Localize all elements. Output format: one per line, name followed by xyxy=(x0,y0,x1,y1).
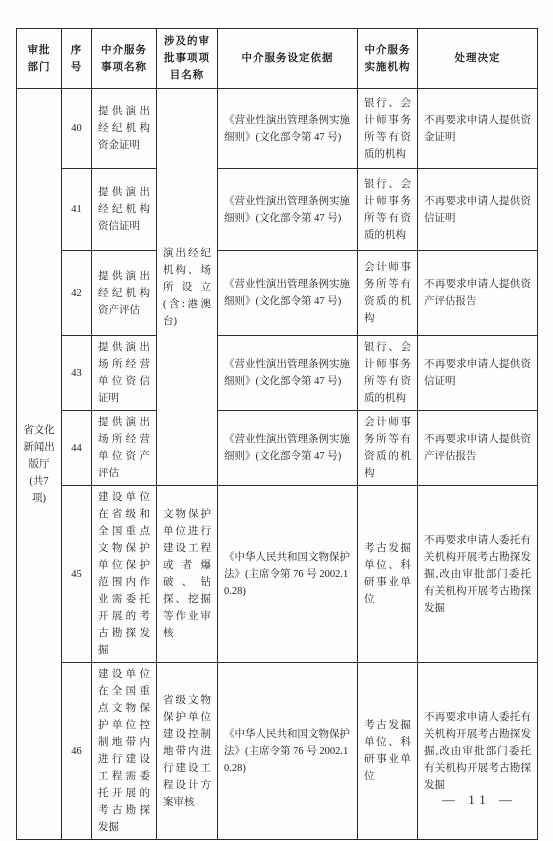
service-cell: 提供演出经纪机构资信证明 xyxy=(92,169,157,251)
service-cell: 提供演出场所经营单位资信证明 xyxy=(92,336,157,411)
service-cell: 提供演出经纪机构资产评估 xyxy=(92,251,157,336)
page-number: — 11 — xyxy=(442,792,517,808)
agency-cell: 银行、会计师事务所等有资质的机构 xyxy=(358,336,418,411)
service-cell: 提供演出经纪机构资金证明 xyxy=(92,89,157,169)
project-cell: 省级文物保护单位建设控制地带内进行建设工程设计方案审核 xyxy=(157,663,218,840)
header-approval-department: 审批部门 xyxy=(17,29,62,89)
header-handling-decision: 处理决定 xyxy=(418,29,538,89)
agency-cell: 考古发掘单位、科研事业单位 xyxy=(358,486,418,663)
service-cell: 提供演出场所经营单位资产评估 xyxy=(92,411,157,486)
service-cell: 建设单位在省级和全国重点文物保护单位保护范围内作业需委托开展的考古勘探发掘 xyxy=(92,486,157,663)
table-row-40: 省文化新闻出版厅(共7项) 40 提供演出经纪机构资金证明 演出经纪机构、场所设… xyxy=(17,89,538,169)
header-setting-basis: 中介服务设定依据 xyxy=(218,29,358,89)
serial-cell: 43 xyxy=(62,336,92,411)
agency-cell: 考古发掘单位、科研事业单位 xyxy=(358,663,418,840)
table-row-45: 45 建设单位在省级和全国重点文物保护单位保护范围内作业需委托开展的考古勘探发掘… xyxy=(17,486,538,663)
basis-cell: 《中华人民共和国文物保护法》(主席令第 76 号 2002.10.28) xyxy=(218,486,358,663)
header-service-item-name: 中介服务事项名称 xyxy=(92,29,157,89)
agency-cell: 会计师事务所等有资质的机构 xyxy=(358,251,418,336)
intermediary-services-table: 审批部门 序号 中介服务事项名称 涉及的审批事项项目名称 中介服务设定依据 中介… xyxy=(16,28,538,840)
document-page: 审批部门 序号 中介服务事项名称 涉及的审批事项项目名称 中介服务设定依据 中介… xyxy=(0,0,553,841)
service-cell: 建设单位在全国重点文物保护单位控制地带内进行建设工程需委托开展的考古勘探发掘 xyxy=(92,663,157,840)
project-cell: 文物保护单位进行建设工程或者爆破、钻探、挖掘等作业审核 xyxy=(157,486,218,663)
decision-cell: 不再要求申请人委托有关机构开展考古勘探发掘,改由审批部门委托有关机构开展考古勘探… xyxy=(418,486,538,663)
basis-cell: 《营业性演出管理条例实施细则》(文化部令第 47 号) xyxy=(218,89,358,169)
header-serial-number: 序号 xyxy=(62,29,92,89)
header-row: 审批部门 序号 中介服务事项名称 涉及的审批事项项目名称 中介服务设定依据 中介… xyxy=(17,29,538,89)
basis-cell: 《营业性演出管理条例实施细则》(文化部令第 47 号) xyxy=(218,251,358,336)
header-implementing-agency: 中介服务实施机构 xyxy=(358,29,418,89)
basis-cell: 《营业性演出管理条例实施细则》(文化部令第 47 号) xyxy=(218,411,358,486)
basis-cell: 《营业性演出管理条例实施细则》(文化部令第 47 号) xyxy=(218,336,358,411)
department-cell: 省文化新闻出版厅(共7项) xyxy=(17,89,62,840)
serial-cell: 44 xyxy=(62,411,92,486)
agency-cell: 会计师事务所等有资质的机构 xyxy=(358,411,418,486)
table-row-43: 43 提供演出场所经营单位资信证明 《营业性演出管理条例实施细则》(文化部令第 … xyxy=(17,336,538,411)
agency-cell: 银行、会计师事务所等有资质的机构 xyxy=(358,169,418,251)
basis-cell: 《营业性演出管理条例实施细则》(文化部令第 47 号) xyxy=(218,169,358,251)
serial-cell: 40 xyxy=(62,89,92,169)
decision-cell: 不再要求申请人提供资产评估报告 xyxy=(418,411,538,486)
decision-cell: 不再要求申请人提供资信证明 xyxy=(418,336,538,411)
basis-cell: 《中华人民共和国文物保护法》(主席令第 76 号 2002.10.28) xyxy=(218,663,358,840)
serial-cell: 41 xyxy=(62,169,92,251)
decision-cell: 不再要求申请人提供资产评估报告 xyxy=(418,251,538,336)
decision-cell: 不再要求申请人提供资金证明 xyxy=(418,89,538,169)
serial-cell: 42 xyxy=(62,251,92,336)
decision-cell: 不再要求申请人委托有关机构开展考古勘探发掘,改由审批部门委托有关机构开展考古勘探… xyxy=(418,663,538,840)
agency-cell: 银行、会计师事务所等有资质的机构 xyxy=(358,89,418,169)
serial-cell: 45 xyxy=(62,486,92,663)
table-row-42: 42 提供演出经纪机构资产评估 《营业性演出管理条例实施细则》(文化部令第 47… xyxy=(17,251,538,336)
merged-project-cell: 演出经纪机构、场所设立(含:港澳台) xyxy=(157,89,218,486)
table-row-41: 41 提供演出经纪机构资信证明 《营业性演出管理条例实施细则》(文化部令第 47… xyxy=(17,169,538,251)
decision-cell: 不再要求申请人提供资信证明 xyxy=(418,169,538,251)
table-row-44: 44 提供演出场所经营单位资产评估 《营业性演出管理条例实施细则》(文化部令第 … xyxy=(17,411,538,486)
table-row-46: 46 建设单位在全国重点文物保护单位控制地带内进行建设工程需委托开展的考古勘探发… xyxy=(17,663,538,840)
header-related-project-name: 涉及的审批事项项目名称 xyxy=(157,29,218,89)
serial-cell: 46 xyxy=(62,663,92,840)
